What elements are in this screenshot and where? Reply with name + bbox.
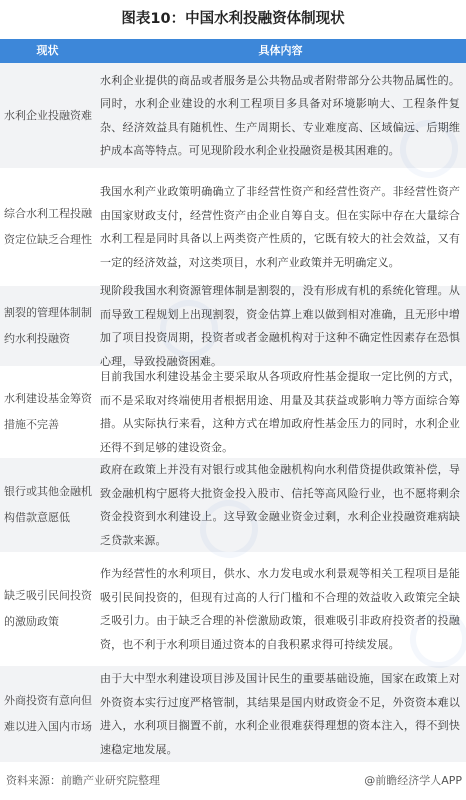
row-status: 割裂的管理体制制约水利投融资 (0, 300, 96, 352)
header-status: 现状 (0, 39, 95, 63)
table-row: 银行或其他金融机构借款意愿低 政府在政策上并没有对银行或其他金融机构向水利借贷提… (0, 458, 466, 552)
table-row: 外商投资有意向但难以进入国内市场 由于大中型水利建设项目涉及国计民生的重要基础设… (0, 666, 466, 762)
table-row: 水利企业投融资难 水利企业提供的商品或者服务是公共物品或者附带部分公共物品属性的… (0, 63, 466, 168)
row-status: 银行或其他金融机构借款意愿低 (0, 479, 96, 531)
footer: 资料来源：前瞻产业研究院整理 @前瞻经济学人APP (0, 768, 466, 792)
row-content: 由于大中型水利建设项目涉及国计民生的重要基础设施，国家在政策上对外资资本实行过度… (96, 667, 466, 761)
brand-credit: @前瞻经济学人APP (364, 772, 462, 788)
row-status: 外商投资有意向但难以进入国内市场 (0, 688, 96, 740)
row-status: 水利建设基金筹资措施不完善 (0, 386, 96, 438)
source-note: 资料来源：前瞻产业研究院整理 (6, 772, 160, 788)
row-status: 综合水利工程投融资定位缺乏合理性 (0, 201, 96, 253)
row-content: 水利企业提供的商品或者服务是公共物品或者附带部分公共物品属性的。同时，水利企业建… (96, 69, 466, 163)
header-content: 具体内容 (95, 39, 466, 63)
table-row: 割裂的管理体制制约水利投融资 现阶段我国水利资源管理体制是割裂的，没有形成有机的… (0, 286, 466, 366)
table-row: 缺乏吸引民间投资的激励政策 作为经营性的水利项目，供水、水力发电或水利景观等相关… (0, 552, 466, 666)
row-content: 政府在政策上并没有对银行或其他金融机构向水利借贷提供政策补偿，导致金融机构宁愿将… (96, 458, 466, 552)
row-content: 我国水利产业政策明确确立了非经营性资产和经营性资产。非经营性资产由国家财政支付，… (96, 180, 466, 274)
status-table: 现状 具体内容 水利企业投融资难 水利企业提供的商品或者服务是公共物品或者附带部… (0, 39, 466, 762)
row-content: 现阶段我国水利资源管理体制是割裂的，没有形成有机的系统化管理。从而导致工程规划上… (96, 279, 466, 373)
row-content: 目前我国水利建设基金主要采取从各项政府性基金提取一定比例的方式，而不是采取对终端… (96, 365, 466, 459)
row-status: 水利企业投融资难 (0, 103, 96, 129)
table-header: 现状 具体内容 (0, 39, 466, 63)
table-row: 水利建设基金筹资措施不完善 目前我国水利建设基金主要采取从各项政府性基金提取一定… (0, 366, 466, 458)
chart-title: 图表10：中国水利投融资体制现状 (0, 0, 466, 39)
row-content: 作为经营性的水利项目，供水、水力发电或水利景观等相关工程项目是能吸引民间投资的，… (96, 562, 466, 656)
table-row: 综合水利工程投融资定位缺乏合理性 我国水利产业政策明确确立了非经营性资产和经营性… (0, 168, 466, 286)
row-status: 缺乏吸引民间投资的激励政策 (0, 583, 96, 635)
